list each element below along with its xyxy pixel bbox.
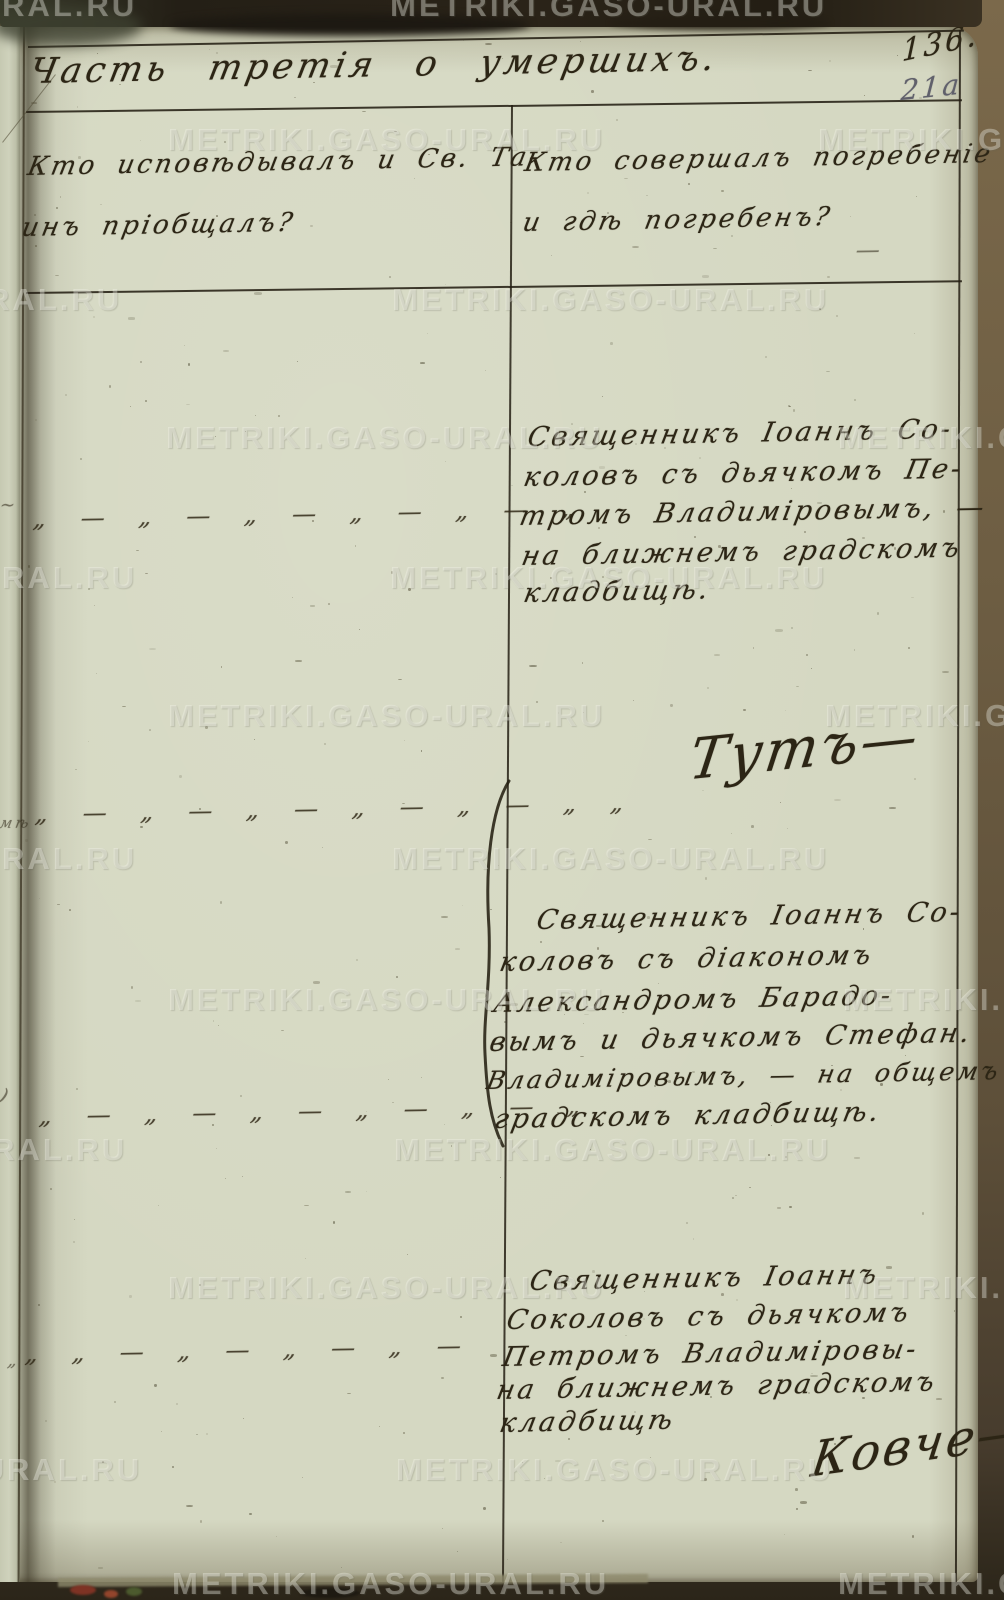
scan-top-edge-shadow [170, 14, 530, 36]
dark-speck [300, 1588, 360, 1598]
page-number-pencil: 21а [900, 67, 963, 107]
entry3-line5: кладбищѣ [497, 1405, 678, 1439]
right-column-header-line2: и гдѣ погребенъ? [520, 202, 835, 238]
entry1-line5: кладбищѣ. [521, 574, 714, 609]
left-column-header-line2: инъ пріобщалъ? [19, 208, 298, 243]
right-column-header-dash: — [853, 235, 885, 264]
scanned-page: 136. 21а Часть третія о умершихъ. Кто ис… [0, 0, 1004, 1600]
margin-bleed-mark-2: мѣ [0, 813, 33, 832]
scan-top-edge-shadow2 [610, 16, 830, 30]
red-speck-2 [104, 1590, 118, 1598]
red-speck-1 [70, 1585, 96, 1595]
green-speck [126, 1587, 142, 1596]
